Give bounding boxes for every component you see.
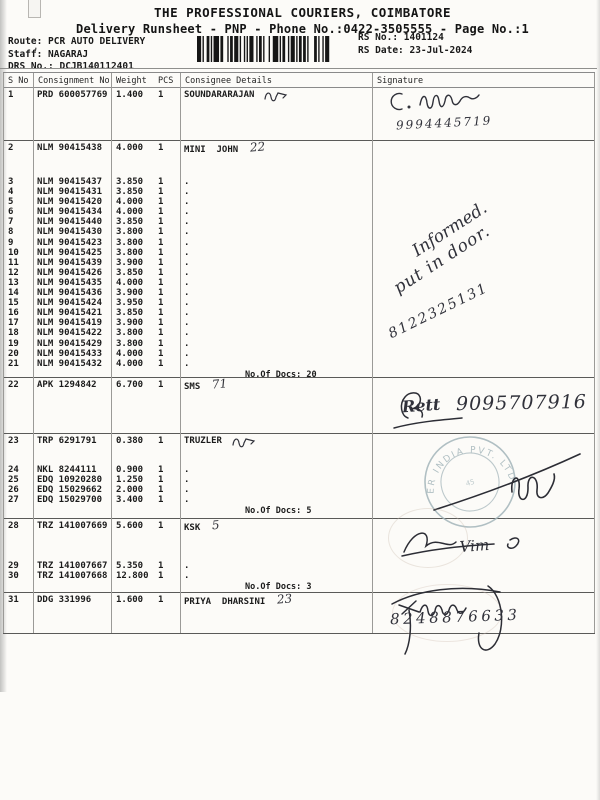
consignment-group: 2NLM 904154384.0001MINI JOHN223NLM 90415… <box>3 141 595 378</box>
cell-weight: 3.900 <box>111 318 153 328</box>
cell-weight: 1.400 <box>111 89 153 102</box>
cell-consignee: TRUZLER <box>180 435 372 465</box>
table-row: 2NLM 904154384.0001MINI JOHN22 <box>3 141 595 177</box>
cell-weight: 3.850 <box>111 308 153 318</box>
table-row: 16NLM 904154213.8501. <box>3 308 595 318</box>
cell-weight: 12.800 <box>111 571 153 581</box>
consignee-name: . <box>184 248 189 258</box>
cell-sno: 8 <box>3 227 33 237</box>
cell-weight: 3.850 <box>111 187 153 197</box>
cell-consignment-no: PRD 600057769 <box>33 89 111 102</box>
cell-consignee: . <box>180 485 372 495</box>
cell-weight: 0.900 <box>111 465 153 475</box>
cell-sno: 15 <box>3 298 33 308</box>
table-row: 15NLM 904154243.9501. <box>3 298 595 308</box>
table-row: 22APK 12948426.7001SMS71 <box>3 378 595 391</box>
row28-signature-name: Vim <box>459 536 490 556</box>
cell-pcs: 1 <box>153 379 180 393</box>
cell-weight: 3.950 <box>111 298 153 308</box>
document-page: ’ THE PROFESSIONAL COURIERS, COIMBATORE … <box>0 0 600 800</box>
document-header: THE PROFESSIONAL COURIERS, COIMBATORE De… <box>30 5 575 36</box>
consignee-name: . <box>184 298 189 308</box>
cell-consignment-no: NLM 90415431 <box>33 187 111 197</box>
cell-sno: 7 <box>3 217 33 227</box>
cell-weight: 1.250 <box>111 475 153 485</box>
cell-consignee: . <box>180 359 372 369</box>
col-sno: S No <box>3 73 33 87</box>
cell-consignment-no: TRZ 141007667 <box>33 561 111 571</box>
cell-consignee: . <box>180 238 372 248</box>
cell-pcs: 1 <box>153 187 180 197</box>
company-title: THE PROFESSIONAL COURIERS, COIMBATORE <box>30 5 575 20</box>
cell-sno: 31 <box>3 594 33 608</box>
consignee-name: . <box>184 288 189 298</box>
cell-consignment-no: NLM 90415420 <box>33 197 111 207</box>
cell-consignee: . <box>180 197 372 207</box>
consignee-name: . <box>184 465 189 475</box>
cell-weight: 3.800 <box>111 328 153 338</box>
cell-sno: 26 <box>3 485 33 495</box>
cell-sno: 30 <box>3 571 33 581</box>
consignee-name: . <box>184 495 189 505</box>
cell-consignment-no: NLM 90415439 <box>33 258 111 268</box>
cell-consignee: PRIYA DHARSINI23 <box>180 594 372 608</box>
cell-pcs: 1 <box>153 248 180 258</box>
consignee-name: . <box>184 217 189 227</box>
consignee-name: . <box>184 177 189 187</box>
row22-signature-name: Rett <box>401 395 440 417</box>
table-row: 13NLM 904154354.0001. <box>3 278 595 288</box>
cell-consignee: . <box>180 349 372 359</box>
consignee-name: . <box>184 485 189 495</box>
cell-consignee: . <box>180 465 372 475</box>
handwritten-mark: 22 <box>250 141 266 154</box>
cell-pcs: 1 <box>153 339 180 349</box>
cell-consignee: . <box>180 217 372 227</box>
consignee-name: . <box>184 268 189 278</box>
table-row: 20NLM 904154334.0001. <box>3 349 595 359</box>
divider-pcs <box>180 73 181 633</box>
cell-weight: 4.000 <box>111 207 153 217</box>
consignee-name: . <box>184 207 189 217</box>
cell-consignee: . <box>180 298 372 308</box>
cell-pcs: 1 <box>153 349 180 359</box>
table-row: 10NLM 904154253.8001. <box>3 248 595 258</box>
table-border-right <box>594 73 595 633</box>
cell-sno: 18 <box>3 328 33 338</box>
cell-sno: 12 <box>3 268 33 278</box>
cell-consignment-no: TRZ 141007668 <box>33 571 111 581</box>
cell-weight: 5.350 <box>111 561 153 571</box>
cell-sno: 14 <box>3 288 33 298</box>
cell-weight: 3.850 <box>111 268 153 278</box>
consignee-name: . <box>184 258 189 268</box>
cell-consignee: . <box>180 475 372 485</box>
consignee-name: KSK <box>184 523 200 533</box>
cell-sno: 19 <box>3 339 33 349</box>
cell-consignment-no: EDQ 15029662 <box>33 485 111 495</box>
col-consignment-no: Consignment No <box>33 73 111 87</box>
table-row: 14NLM 904154363.9001. <box>3 288 595 298</box>
cell-consignment-no: NLM 90415438 <box>33 142 111 177</box>
cell-consignment-no: NLM 90415435 <box>33 278 111 288</box>
cell-sno: 28 <box>3 520 33 561</box>
cell-weight: 3.850 <box>111 217 153 227</box>
consignee-name: SMS <box>184 382 200 392</box>
cell-consignee: . <box>180 318 372 328</box>
divider-consignment <box>111 73 112 633</box>
divider-consignee <box>372 73 373 633</box>
cell-consignment-no: NLM 90415419 <box>33 318 111 328</box>
handwritten-scribble <box>262 89 288 102</box>
cell-weight: 4.000 <box>111 142 153 177</box>
cell-pcs: 1 <box>153 485 180 495</box>
cell-consignment-no: NKL 8244111 <box>33 465 111 475</box>
cell-consignment-no: NLM 90415422 <box>33 328 111 338</box>
consignee-name: . <box>184 339 189 349</box>
table-row: 21NLM 904154324.0001. <box>3 359 595 369</box>
cell-sno: 27 <box>3 495 33 505</box>
col-consignee-details: Consignee Details <box>180 73 372 87</box>
cell-consignment-no: NLM 90415433 <box>33 349 111 359</box>
cell-pcs: 1 <box>153 308 180 318</box>
cell-pcs: 1 <box>153 594 180 608</box>
consignee-name: TRUZLER <box>184 436 222 446</box>
consignee-name: . <box>184 308 189 318</box>
cell-consignee: . <box>180 278 372 288</box>
divider-sno <box>33 73 34 633</box>
cell-weight: 3.800 <box>111 227 153 237</box>
consignee-name: . <box>184 349 189 359</box>
cell-consignee: . <box>180 207 372 217</box>
cell-pcs: 1 <box>153 258 180 268</box>
cell-sno: 3 <box>3 177 33 187</box>
scanned-delivery-runsheet: { "header": { "company": "THE PROFESSION… <box>0 0 600 800</box>
cell-sno: 13 <box>3 278 33 288</box>
barcode <box>197 36 332 62</box>
cell-consignment-no: APK 1294842 <box>33 379 111 393</box>
header-divider <box>0 68 597 69</box>
cell-consignee: . <box>180 339 372 349</box>
cell-consignment-no: DDG 331996 <box>33 594 111 608</box>
handwritten-scribble <box>230 435 256 448</box>
col-weight: Weight <box>111 73 153 87</box>
cell-weight: 3.800 <box>111 238 153 248</box>
cell-weight: 4.000 <box>111 359 153 369</box>
cell-consignee: . <box>180 268 372 278</box>
cell-sno: 1 <box>3 89 33 102</box>
no-of-docs-line: No.Of Docs: 20 <box>245 370 595 378</box>
cell-consignee: . <box>180 308 372 318</box>
col-signature: Signature <box>372 73 595 87</box>
cell-pcs: 1 <box>153 571 180 581</box>
consignee-name: . <box>184 359 189 369</box>
drs-no-line: DRS No.: DCJB140112401 <box>8 61 134 72</box>
cell-sno: 17 <box>3 318 33 328</box>
cell-weight: 5.600 <box>111 520 153 561</box>
header-meta-right: RS No.: 1401124RS Date: 23-Jul-2024 <box>358 32 472 57</box>
consignee-name: . <box>184 238 189 248</box>
cell-sno: 11 <box>3 258 33 268</box>
cell-weight: 4.000 <box>111 197 153 207</box>
cell-sno: 21 <box>3 359 33 369</box>
cell-consignment-no: TRP 6291791 <box>33 435 111 465</box>
handwritten-mark: 71 <box>212 378 228 391</box>
cell-sno: 16 <box>3 308 33 318</box>
cell-weight: 3.800 <box>111 339 153 349</box>
consignee-name: . <box>184 278 189 288</box>
cell-consignee: . <box>180 248 372 258</box>
cell-pcs: 1 <box>153 177 180 187</box>
cell-consignee: KSK5 <box>180 520 372 561</box>
cell-consignment-no: NLM 90415429 <box>33 339 111 349</box>
cell-consignee: . <box>180 227 372 237</box>
cell-sno: 6 <box>3 207 33 217</box>
cell-consignee: SMS71 <box>180 379 372 393</box>
cell-consignment-no: NLM 90415421 <box>33 308 111 318</box>
cell-sno: 9 <box>3 238 33 248</box>
table-border-left <box>3 73 4 633</box>
cell-sno: 4 <box>3 187 33 197</box>
cell-weight: 2.000 <box>111 485 153 495</box>
handwritten-phone-row22: 9095707916 <box>456 391 587 415</box>
cell-weight: 3.800 <box>111 248 153 258</box>
col-pcs: PCS <box>153 73 180 87</box>
cell-consignment-no: NLM 90415425 <box>33 248 111 258</box>
scan-edge-right <box>596 0 600 800</box>
cell-consignment-no: EDQ 10920280 <box>33 475 111 485</box>
cell-pcs: 1 <box>153 359 180 369</box>
consignee-name: . <box>184 227 189 237</box>
cell-weight: 3.850 <box>111 177 153 187</box>
cell-weight: 4.000 <box>111 278 153 288</box>
consignee-name: . <box>184 561 189 571</box>
cell-sno: 29 <box>3 561 33 571</box>
cell-consignee: MINI JOHN22 <box>180 142 372 177</box>
consignee-name: MINI JOHN <box>184 145 238 155</box>
cell-consignment-no: NLM 90415424 <box>33 298 111 308</box>
cell-pcs: 1 <box>153 89 180 102</box>
cell-sno: 2 <box>3 142 33 177</box>
cell-consignment-no: TRZ 141007669 <box>33 520 111 561</box>
cell-consignee: . <box>180 495 372 505</box>
cell-pcs: 1 <box>153 238 180 248</box>
consignee-name: SOUNDARARAJAN <box>184 90 254 100</box>
cell-consignment-no: NLM 90415426 <box>33 268 111 278</box>
cell-pcs: 1 <box>153 268 180 278</box>
cell-sno: 24 <box>3 465 33 475</box>
cell-consignment-no: NLM 90415440 <box>33 217 111 227</box>
document-subtitle: Delivery Runsheet - PNP - Phone No.:0422… <box>30 22 575 36</box>
cell-consignee: . <box>180 177 372 187</box>
cell-consignment-no: NLM 90415436 <box>33 288 111 298</box>
table-row: 12NLM 904154263.8501. <box>3 268 595 278</box>
cell-consignment-no: NLM 90415432 <box>33 359 111 369</box>
cell-sno: 25 <box>3 475 33 485</box>
route-line: Route: PCR AUTO DELIVERY <box>8 36 145 47</box>
cell-consignment-no: NLM 90415430 <box>33 227 111 237</box>
cell-pcs: 1 <box>153 561 180 571</box>
cell-consignment-no: NLM 90415437 <box>33 177 111 187</box>
cell-consignee: . <box>180 288 372 298</box>
cell-consignee: . <box>180 258 372 268</box>
consignee-name: . <box>184 187 189 197</box>
cell-consignee: . <box>180 328 372 338</box>
table-row: 9NLM 904154233.8001. <box>3 238 595 248</box>
table-row: 17NLM 904154193.9001. <box>3 318 595 328</box>
cell-consignment-no: NLM 90415423 <box>33 238 111 248</box>
cell-pcs: 1 <box>153 520 180 561</box>
cell-pcs: 1 <box>153 227 180 237</box>
cell-weight: 3.900 <box>111 288 153 298</box>
cell-pcs: 1 <box>153 142 180 177</box>
cell-pcs: 1 <box>153 475 180 485</box>
row23-signature-over-stamp <box>428 434 588 516</box>
cell-sno: 10 <box>3 248 33 258</box>
table-row: 11NLM 904154393.9001. <box>3 258 595 268</box>
cell-consignee: SOUNDARARAJAN <box>180 89 372 102</box>
table-row: 18NLM 904154223.8001. <box>3 328 595 338</box>
cell-weight: 0.380 <box>111 435 153 465</box>
cell-sno: 22 <box>3 379 33 393</box>
cell-pcs: 1 <box>153 328 180 338</box>
cell-consignee: . <box>180 571 372 581</box>
consignee-name: . <box>184 571 189 581</box>
consignee-name: . <box>184 197 189 207</box>
cell-pcs: 1 <box>153 318 180 328</box>
cell-sno: 23 <box>3 435 33 465</box>
cell-pcs: 1 <box>153 217 180 227</box>
cell-weight: 3.400 <box>111 495 153 505</box>
cell-consignee: . <box>180 187 372 197</box>
cell-pcs: 1 <box>153 278 180 288</box>
cell-pcs: 1 <box>153 298 180 308</box>
cell-weight: 6.700 <box>111 379 153 393</box>
cell-sno: 20 <box>3 349 33 359</box>
cell-pcs: 1 <box>153 207 180 217</box>
consignee-name: . <box>184 318 189 328</box>
staff-line: Staff: NAGARAJ <box>8 49 88 60</box>
row28-signature: Vim <box>398 516 528 574</box>
cell-sno: 5 <box>3 197 33 207</box>
cell-weight: 1.600 <box>111 594 153 608</box>
consignee-name: PRIYA DHARSINI <box>184 597 265 607</box>
tamil-signature-squiggle <box>382 86 522 116</box>
handwritten-mark: 5 <box>212 519 221 531</box>
rs-date-line: RS Date: 23-Jul-2024 <box>358 45 472 56</box>
cell-weight: 3.900 <box>111 258 153 268</box>
cell-pcs: 1 <box>153 465 180 475</box>
consignee-name: . <box>184 328 189 338</box>
cell-pcs: 1 <box>153 495 180 505</box>
consignee-name: . <box>184 475 189 485</box>
cell-consignment-no: NLM 90415434 <box>33 207 111 217</box>
cell-consignee: . <box>180 561 372 571</box>
cell-pcs: 1 <box>153 197 180 207</box>
handwritten-mark: 23 <box>277 593 293 606</box>
cell-consignment-no: EDQ 15029700 <box>33 495 111 505</box>
table-row: 19NLM 904154293.8001. <box>3 339 595 349</box>
cell-weight: 4.000 <box>111 349 153 359</box>
cell-pcs: 1 <box>153 435 180 465</box>
rs-no-line: RS No.: 1401124 <box>358 32 444 43</box>
cell-pcs: 1 <box>153 288 180 298</box>
